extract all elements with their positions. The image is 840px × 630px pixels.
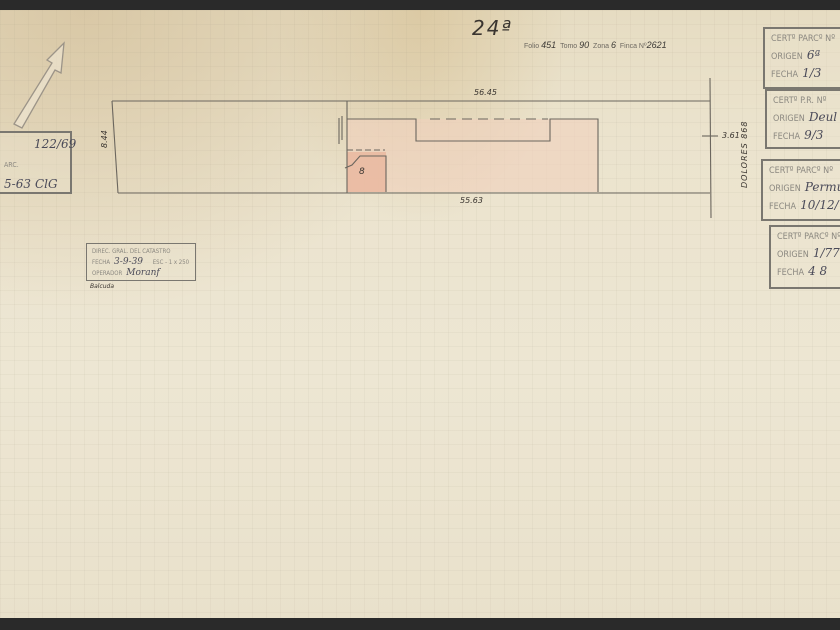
signature: Balcuda: [90, 283, 114, 290]
cert-stamp-1: CERTº PARCº Nº ORIGEN6ª FECHA1/3: [763, 27, 840, 89]
bottom-measure: 55.63: [460, 196, 483, 205]
cert-stamp-2: CERTº P.R. Nº ORIGENDeul FECHA9/3: [765, 89, 840, 149]
top-measure: 56.45: [474, 88, 497, 97]
left-measure: 8.44: [100, 130, 109, 148]
lot-plan-drawing: [0, 0, 840, 630]
cert-stamp-3: CERTº PARCº Nº ORIGENPermuta FECHA10/12/: [761, 159, 840, 221]
right-measure: 3.61: [722, 131, 740, 140]
cert-stamp-4: CERTº PARCº Nº ORIGEN1/77 FECHA4 8: [769, 225, 840, 289]
lot-label: 8: [359, 167, 365, 177]
parcel-stamp-left: 122/69 ARC. 5-63ClG: [0, 131, 72, 194]
street-label: DOLORES 868: [740, 121, 749, 188]
catastro-stamp: DIREC. GRAL. DEL CATASTRO FECHA3-9-39 ES…: [86, 243, 196, 281]
north-arrow-icon: [14, 43, 64, 128]
